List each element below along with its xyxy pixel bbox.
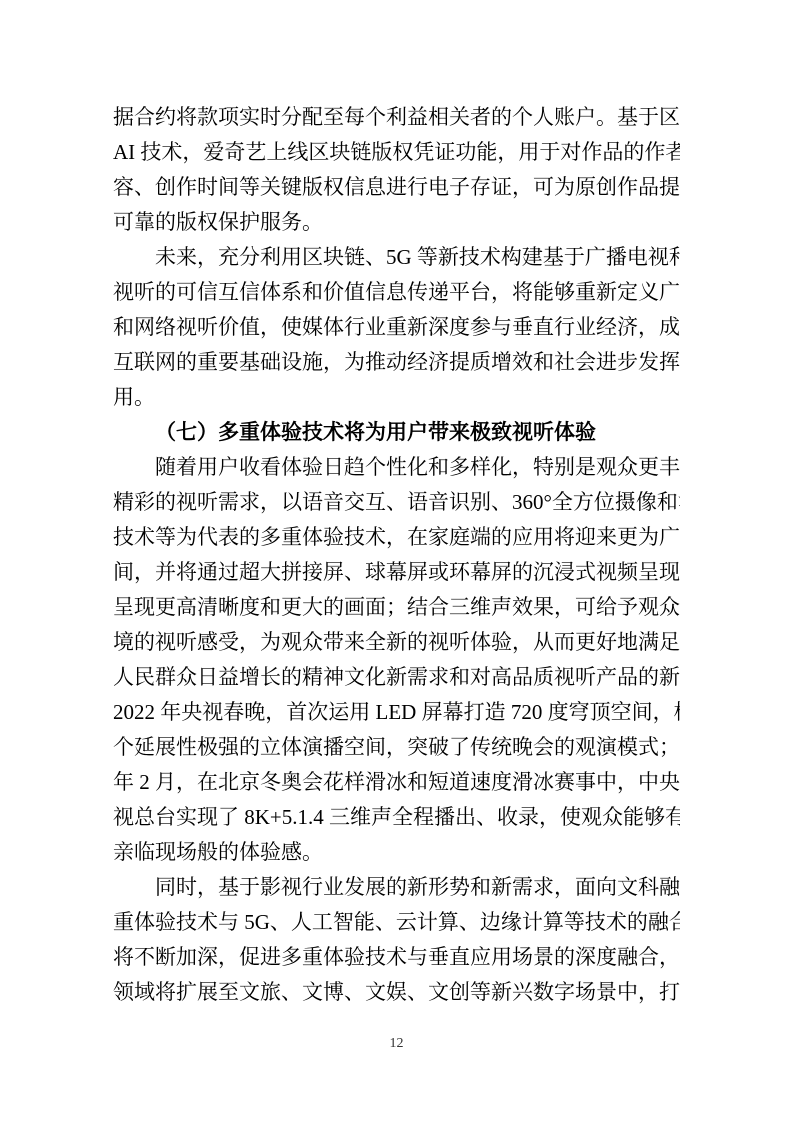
text-line: 亲临现场般的体验感。 — [113, 835, 680, 870]
section-heading-line: （七）多重体验技术将为用户带来极致视听体验 — [113, 415, 680, 450]
text-line: 可靠的版权保护服务。 — [113, 205, 680, 240]
text-line: AI 技术，爱奇艺上线区块链版权凭证功能，用于对作品的作者、内 — [113, 135, 680, 170]
page-number: 12 — [0, 1036, 793, 1052]
text-line: 精彩的视听需求，以语音交互、语音识别、360°全方位摄像和沉浸式 — [113, 485, 680, 520]
text-line: 间，并将通过超大拼接屏、球幕屏或环幕屏的沉浸式视频呈现设备， — [113, 555, 680, 590]
text-line: 据合约将款项实时分配至每个利益相关者的个人账户。基于区块链和 — [113, 100, 680, 135]
text-line: 互联网的重要基础设施，为推动经济提质增效和社会进步发挥突出作 — [113, 345, 680, 380]
text-line: 容、创作时间等关键版权信息进行电子存证，可为原创作品提供安全 — [113, 170, 680, 205]
text-line: 境的视听感受，为观众带来全新的视听体验，从而更好地满足新时代 — [113, 625, 680, 660]
text-line: 将不断加深，促进多重体验技术与垂直应用场景的深度融合，其应用 — [113, 940, 680, 975]
text-line: 和网络视听价值，使媒体行业重新深度参与垂直行业经济，成为价值 — [113, 310, 680, 345]
text-line: 用。 — [113, 380, 680, 415]
text-line: 领域将扩展至文旅、文博、文娱、文创等新兴数字场景中，打造文化 — [113, 975, 680, 1010]
document-page: 据合约将款项实时分配至每个利益相关者的个人账户。基于区块链和AI 技术，爱奇艺上… — [0, 0, 793, 1122]
text-line: 2022 年央视春晚，首次运用 LED 屏幕打造 720 度穹顶空间，构成一 — [113, 695, 680, 730]
text-line: 年 2 月，在北京冬奥会花样滑冰和短道速度滑冰赛事中，中央广播电 — [113, 765, 680, 800]
text-line: 重体验技术与 5G、人工智能、云计算、边缘计算等技术的融合应用 — [113, 905, 680, 940]
text-line: 同时，基于影视行业发展的新形势和新需求，面向文科融合，多 — [113, 870, 680, 905]
text-line: 人民群众日益增长的精神文化新需求和对高品质视听产品的新期待。 — [113, 660, 680, 695]
text-line: 呈现更高清晰度和更大的画面；结合三维声效果，可给予观众身临其 — [113, 590, 680, 625]
text-line: 未来，充分利用区块链、5G 等新技术构建基于广播电视和网络 — [113, 240, 680, 275]
page-body: 据合约将款项实时分配至每个利益相关者的个人账户。基于区块链和AI 技术，爱奇艺上… — [113, 100, 680, 1010]
text-line: 视总台实现了 8K+5.1.4 三维声全程播出、收录，使观众能够有宛如 — [113, 800, 680, 835]
text-line: 个延展性极强的立体演播空间，突破了传统晚会的观演模式；2022 — [113, 730, 680, 765]
text-line: 随着用户收看体验日趋个性化和多样化，特别是观众更丰富、更 — [113, 450, 680, 485]
text-line: 视听的可信互信体系和价值信息传递平台，将能够重新定义广播电视 — [113, 275, 680, 310]
text-line: 技术等为代表的多重体验技术，在家庭端的应用将迎来更为广阔的空 — [113, 520, 680, 555]
